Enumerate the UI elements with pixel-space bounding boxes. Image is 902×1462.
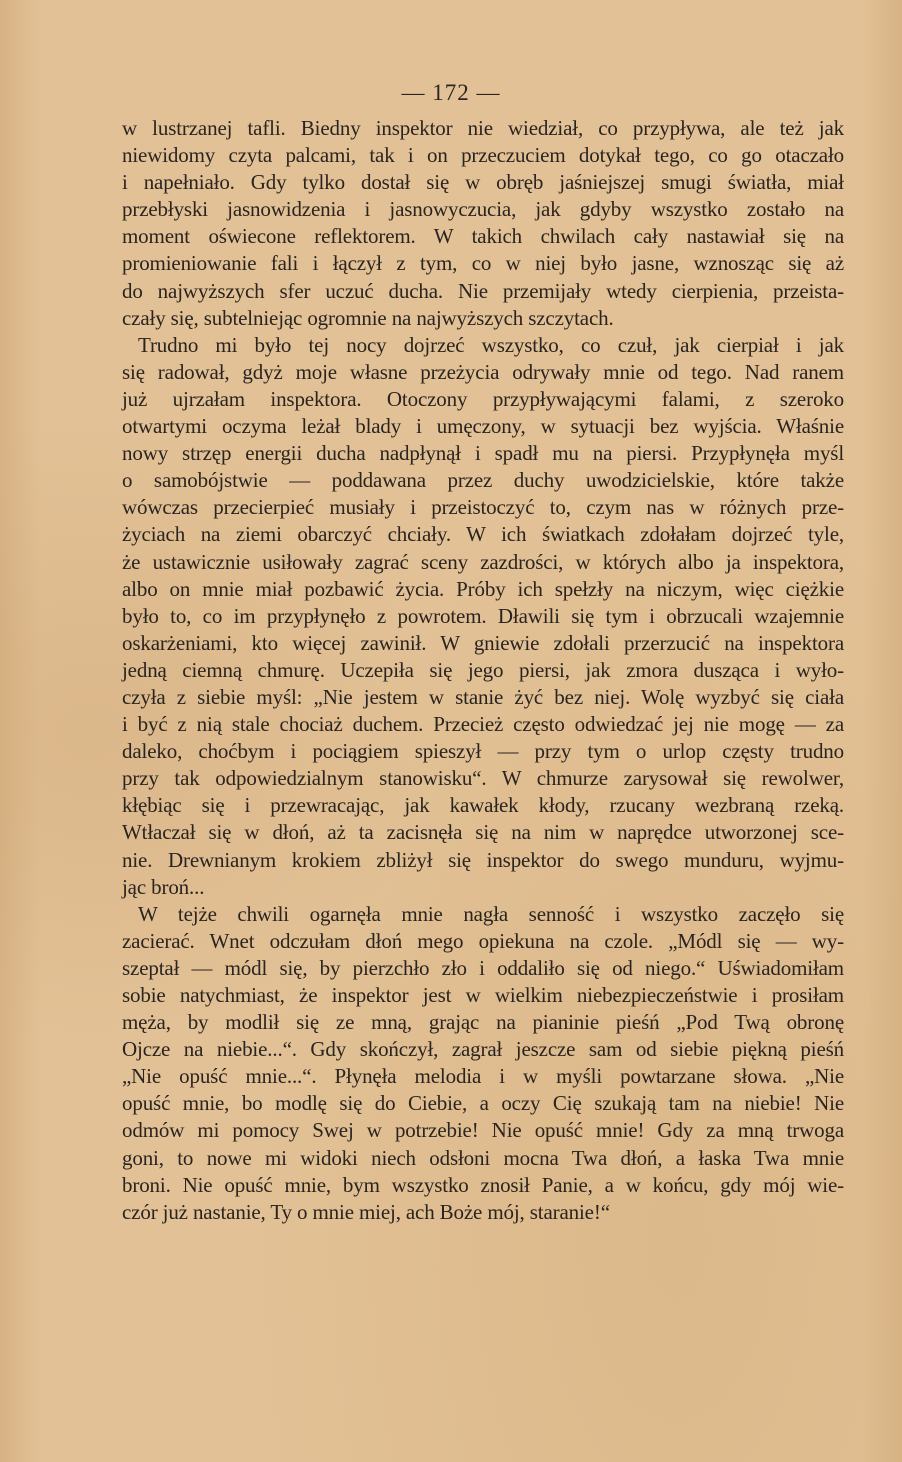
text-line: „Nie opuść mnie...“. Płynęła melodia i w… [122, 1063, 844, 1090]
text-line: o samobójstwie — poddawana przez duchy u… [122, 467, 844, 494]
text-line: niewidomy czyta palcami, tak i on przecz… [122, 142, 844, 169]
text-line: się radował, gdyż moje własne przeżycia … [122, 359, 844, 386]
text-line: jedną ciemną chmurę. Uczepiła się jego p… [122, 657, 844, 684]
text-line: otwartymi oczyma leżał blady i umęczony,… [122, 413, 844, 440]
text-line: jąc broń... [122, 874, 844, 901]
text-line: czór już nastanie, Ty o mnie miej, ach B… [122, 1199, 844, 1226]
text-line: Wtłaczał się w dłoń, aż ta zacisnęła się… [122, 819, 844, 846]
text-line: albo on mnie miał pozbawić życia. Próby … [122, 576, 844, 603]
text-line: szeptał — módl się, by pierzchło zło i o… [122, 955, 844, 982]
text-line: że ustawicznie usiłowały zagrać sceny za… [122, 549, 844, 576]
text-line: oskarżeniami, kto więcej zawinił. W gnie… [122, 630, 844, 657]
text-line: wówczas przecierpieć musiały i przeistoc… [122, 494, 844, 521]
body-text: w lustrzanej tafli. Biedny inspektor nie… [122, 115, 844, 1226]
text-line: już ujrzałam inspektora. Otoczony przypł… [122, 386, 844, 413]
paragraph-1: w lustrzanej tafli. Biedny inspektor nie… [122, 115, 844, 332]
text-line: i być z nią stale chociaż duchem. Przeci… [122, 711, 844, 738]
text-line: przebłyski jasnowidzenia i jasnowyczucia… [122, 196, 844, 223]
text-line: promieniowanie fali i łączył z tym, co w… [122, 250, 844, 277]
text-line: moment oświecone reflektorem. W takich c… [122, 223, 844, 250]
text-line: w lustrzanej tafli. Biedny inspektor nie… [122, 115, 844, 142]
text-line: sobie natychmiast, że inspektor jest w w… [122, 982, 844, 1009]
text-line: opuść mnie, bo modlę się do Ciebie, a oc… [122, 1090, 844, 1117]
text-line: do najwyższych sfer uczuć ducha. Nie prz… [122, 278, 844, 305]
text-line: męża, by modlił się ze mną, grając na pi… [122, 1009, 844, 1036]
text-line: zacierać. Wnet odczułam dłoń mego opieku… [122, 928, 844, 955]
text-line: odmów mi pomocy Swej w potrzebie! Nie op… [122, 1117, 844, 1144]
text-line: Trudno mi było tej nocy dojrzeć wszystko… [122, 332, 844, 359]
paragraph-2: Trudno mi było tej nocy dojrzeć wszystko… [122, 332, 844, 901]
text-line: Ojcze na niebie...“. Gdy skończył, zagra… [122, 1036, 844, 1063]
text-line: przy tak odpowiedzialnym stanowisku“. W … [122, 765, 844, 792]
text-line: kłębiąc się i przewracając, jak kawałek … [122, 792, 844, 819]
paragraph-3: W tejże chwili ogarnęła mnie nagła senno… [122, 901, 844, 1226]
text-line: nie. Drewnianym krokiem zbliżył się insp… [122, 847, 844, 874]
page-number: — 172 — [0, 80, 902, 106]
book-page: — 172 — w lustrzanej tafli. Biedny inspe… [0, 0, 902, 1462]
text-line: broni. Nie opuść mnie, bym wszystko znos… [122, 1172, 844, 1199]
text-line: czyła z siebie myśl: „Nie jestem w stani… [122, 684, 844, 711]
text-line: daleko, choćbym i pociągiem spieszył — p… [122, 738, 844, 765]
text-line: czały się, subtelniejąc ogromnie na najw… [122, 305, 844, 332]
text-line: było to, co im przypłynęło z powrotem. D… [122, 603, 844, 630]
text-line: i napełniało. Gdy tylko dostał się w obr… [122, 169, 844, 196]
text-line: nowy strzęp energii ducha nadpłynął i sp… [122, 440, 844, 467]
text-line: goni, to nowe mi widoki niech odsłoni mo… [122, 1145, 844, 1172]
text-line: życiach na ziemi obarczyć chciały. W ich… [122, 521, 844, 548]
text-line: W tejże chwili ogarnęła mnie nagła senno… [122, 901, 844, 928]
